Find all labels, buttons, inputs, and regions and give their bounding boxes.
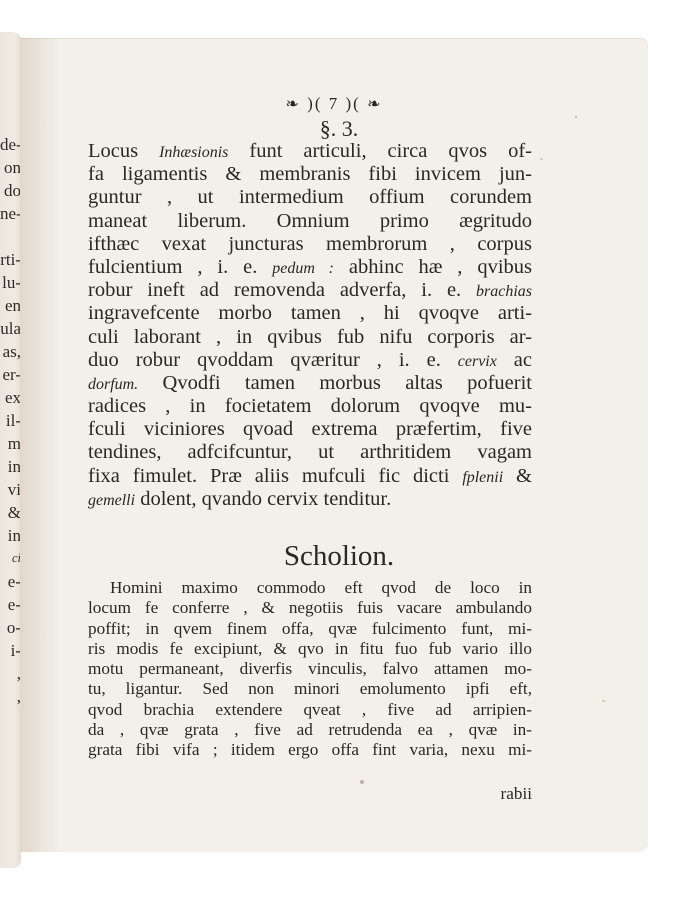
facing-page-fragment: as, xyxy=(0,340,21,363)
text-line: tendines, adfcifcuntur, ut arthritidem v… xyxy=(88,441,532,464)
text-line: fculi viciniores qvoad extrema præfertim… xyxy=(88,418,532,441)
facing-page-edge: de-ondone-rti-lu-enulaas,er-exil-minvi&i… xyxy=(0,32,21,868)
text-run: fulcientium , i. e. xyxy=(88,256,272,278)
facing-page-fragment: , xyxy=(0,662,21,685)
text-line: ifthæc vexat juncturas membrorum , corpu… xyxy=(88,233,532,256)
facing-page-fragment: on xyxy=(0,156,21,179)
page-number: )( 7 )( xyxy=(307,94,361,113)
text-line: ingravefcente morbo tamen , hi qvoqve ar… xyxy=(88,302,532,325)
section-body-text: Locus Inhæsionis funt articuli, circa qv… xyxy=(88,140,532,511)
facing-page-fragment: do xyxy=(0,179,21,202)
text-run: Locus xyxy=(88,140,159,162)
text-run: ac xyxy=(497,349,532,371)
text-line: fulcientium , i. e. pedum : abhinc hæ , … xyxy=(88,256,532,279)
scholion-heading: Scholion. xyxy=(20,540,648,573)
paper-speck xyxy=(602,700,605,702)
scholion-line: qvod brachia extendere qveat , five ad a… xyxy=(88,700,532,720)
italic-term: fplenii xyxy=(462,469,503,486)
facing-page-fragment: in xyxy=(0,455,21,478)
scholion-line: motu permaneant, diverfis vinculis, falv… xyxy=(88,659,532,679)
facing-page-fragment: ex xyxy=(0,386,21,409)
paper-speck xyxy=(575,116,577,118)
scholion-line: Homini maximo commodo eft qvod de loco i… xyxy=(88,578,532,598)
facing-page-fragment: m xyxy=(0,432,21,455)
paper-speck xyxy=(540,158,543,160)
facing-page-fragment: er- xyxy=(0,363,21,386)
text-run: culi laborant , in qvibus fub nifu corpo… xyxy=(88,326,532,348)
text-line: duo robur qvoddam qværitur , i. e. cervi… xyxy=(88,349,532,372)
facing-page-fragment: rti- xyxy=(0,248,21,271)
italic-term: dorfum. xyxy=(88,376,138,393)
scholion-line: grata fibi vifa ; itidem ergo offa fint … xyxy=(88,740,532,760)
text-line: radices , in focietatem dolorum qvoqve m… xyxy=(88,395,532,418)
scholion-line: tu, ligantur. Sed non minori emolumento … xyxy=(88,679,532,699)
italic-term: brachias xyxy=(476,283,532,300)
facing-page-fragment: il- xyxy=(0,409,21,432)
text-line: fa ligamentis & membranis fibi invicem j… xyxy=(88,163,532,186)
facing-page-fragment: e- xyxy=(0,593,21,616)
text-run: ifthæc vexat juncturas membrorum , corpu… xyxy=(88,233,532,255)
italic-term: cervix xyxy=(458,353,497,370)
text-run: ingravefcente morbo tamen , hi qvoqve ar… xyxy=(88,302,532,324)
text-line: gemelli dolent, qvando cervix tenditur. xyxy=(88,488,532,511)
facing-page-fragment: ula xyxy=(0,317,21,340)
scholion-line: poffit; in qvem finem offa, qvæ fulcimen… xyxy=(88,619,532,639)
text-run: radices , in focietatem dolorum qvoqve m… xyxy=(88,395,532,417)
running-head: ❧ )( 7 )( ❧ xyxy=(20,94,648,114)
text-run: & xyxy=(503,465,532,487)
facing-page-fragment: en xyxy=(0,294,21,317)
italic-term: gemelli xyxy=(88,492,135,509)
facing-page-fragment: in xyxy=(0,524,21,547)
text-run: dolent, qvando cervix tenditur. xyxy=(135,488,391,510)
paper-speck xyxy=(360,780,364,784)
text-run: funt articuli, circa qvos of- xyxy=(228,140,532,162)
text-run: fculi viciniores qvoad extrema præfertim… xyxy=(88,418,532,440)
text-run: maneat liberum. Omnium primo ægritudo xyxy=(88,210,532,232)
text-run: duo robur qvoddam qværitur , i. e. xyxy=(88,349,458,371)
text-run: Qvodfi tamen morbus altas pofuerit xyxy=(138,372,532,394)
fleuron-right-icon: ❧ xyxy=(367,96,382,113)
fleuron-left-icon: ❧ xyxy=(286,96,301,113)
text-line: guntur , ut intermedium offium corundem xyxy=(88,186,532,209)
text-line: robur ineft ad removenda adverfa, i. e. … xyxy=(88,279,532,302)
scholion-body-text: Homini maximo commodo eft qvod de loco i… xyxy=(88,578,532,761)
text-line: maneat liberum. Omnium primo ægritudo xyxy=(88,210,532,233)
facing-page-fragment: i- xyxy=(0,639,21,662)
text-line: culi laborant , in qvibus fub nifu corpo… xyxy=(88,326,532,349)
text-run: robur ineft ad removenda adverfa, i. e. xyxy=(88,279,476,301)
section-heading: §. 3. xyxy=(20,116,648,142)
text-run: abhinc hæ , qvibus xyxy=(334,256,532,278)
facing-page-fragment: ci xyxy=(0,547,21,570)
book-page: ❧ )( 7 )( ❧ §. 3. Locus Inhæsionis funt … xyxy=(20,38,648,852)
text-run: guntur , ut intermedium offium corundem xyxy=(88,186,532,208)
italic-term: Inhæsionis xyxy=(159,144,228,161)
text-line: Locus Inhæsionis funt articuli, circa qv… xyxy=(88,140,532,163)
facing-page-fragment: , xyxy=(0,685,21,708)
facing-page-fragment: vi xyxy=(0,478,21,501)
facing-page-fragment: de- xyxy=(0,133,21,156)
text-line: dorfum. Qvodfi tamen morbus altas pofuer… xyxy=(88,372,532,395)
scholion-line: ris modis fe excipiunt, & qvo in fitu fu… xyxy=(88,639,532,659)
facing-page-fragment: o- xyxy=(0,616,21,639)
scholion-line: da , qvæ grata , five ad retrudenda ea ,… xyxy=(88,720,532,740)
italic-term: pedum : xyxy=(272,260,334,277)
facing-page-fragment: ne- xyxy=(0,202,21,225)
scholion-line: locum fe conferre , & negotiis fuis vaca… xyxy=(88,598,532,618)
facing-page-fragment: lu- xyxy=(0,271,21,294)
text-line: fixa fimulet. Præ aliis mufculi fic dict… xyxy=(88,465,532,488)
facing-page-fragment: e- xyxy=(0,570,21,593)
text-run: fa ligamentis & membranis fibi invicem j… xyxy=(88,163,532,185)
text-run: tendines, adfcifcuntur, ut arthritidem v… xyxy=(88,441,532,463)
text-run: fixa fimulet. Præ aliis mufculi fic dict… xyxy=(88,465,462,487)
facing-page-fragment: & xyxy=(0,501,21,524)
catchword: rabii xyxy=(88,784,532,804)
